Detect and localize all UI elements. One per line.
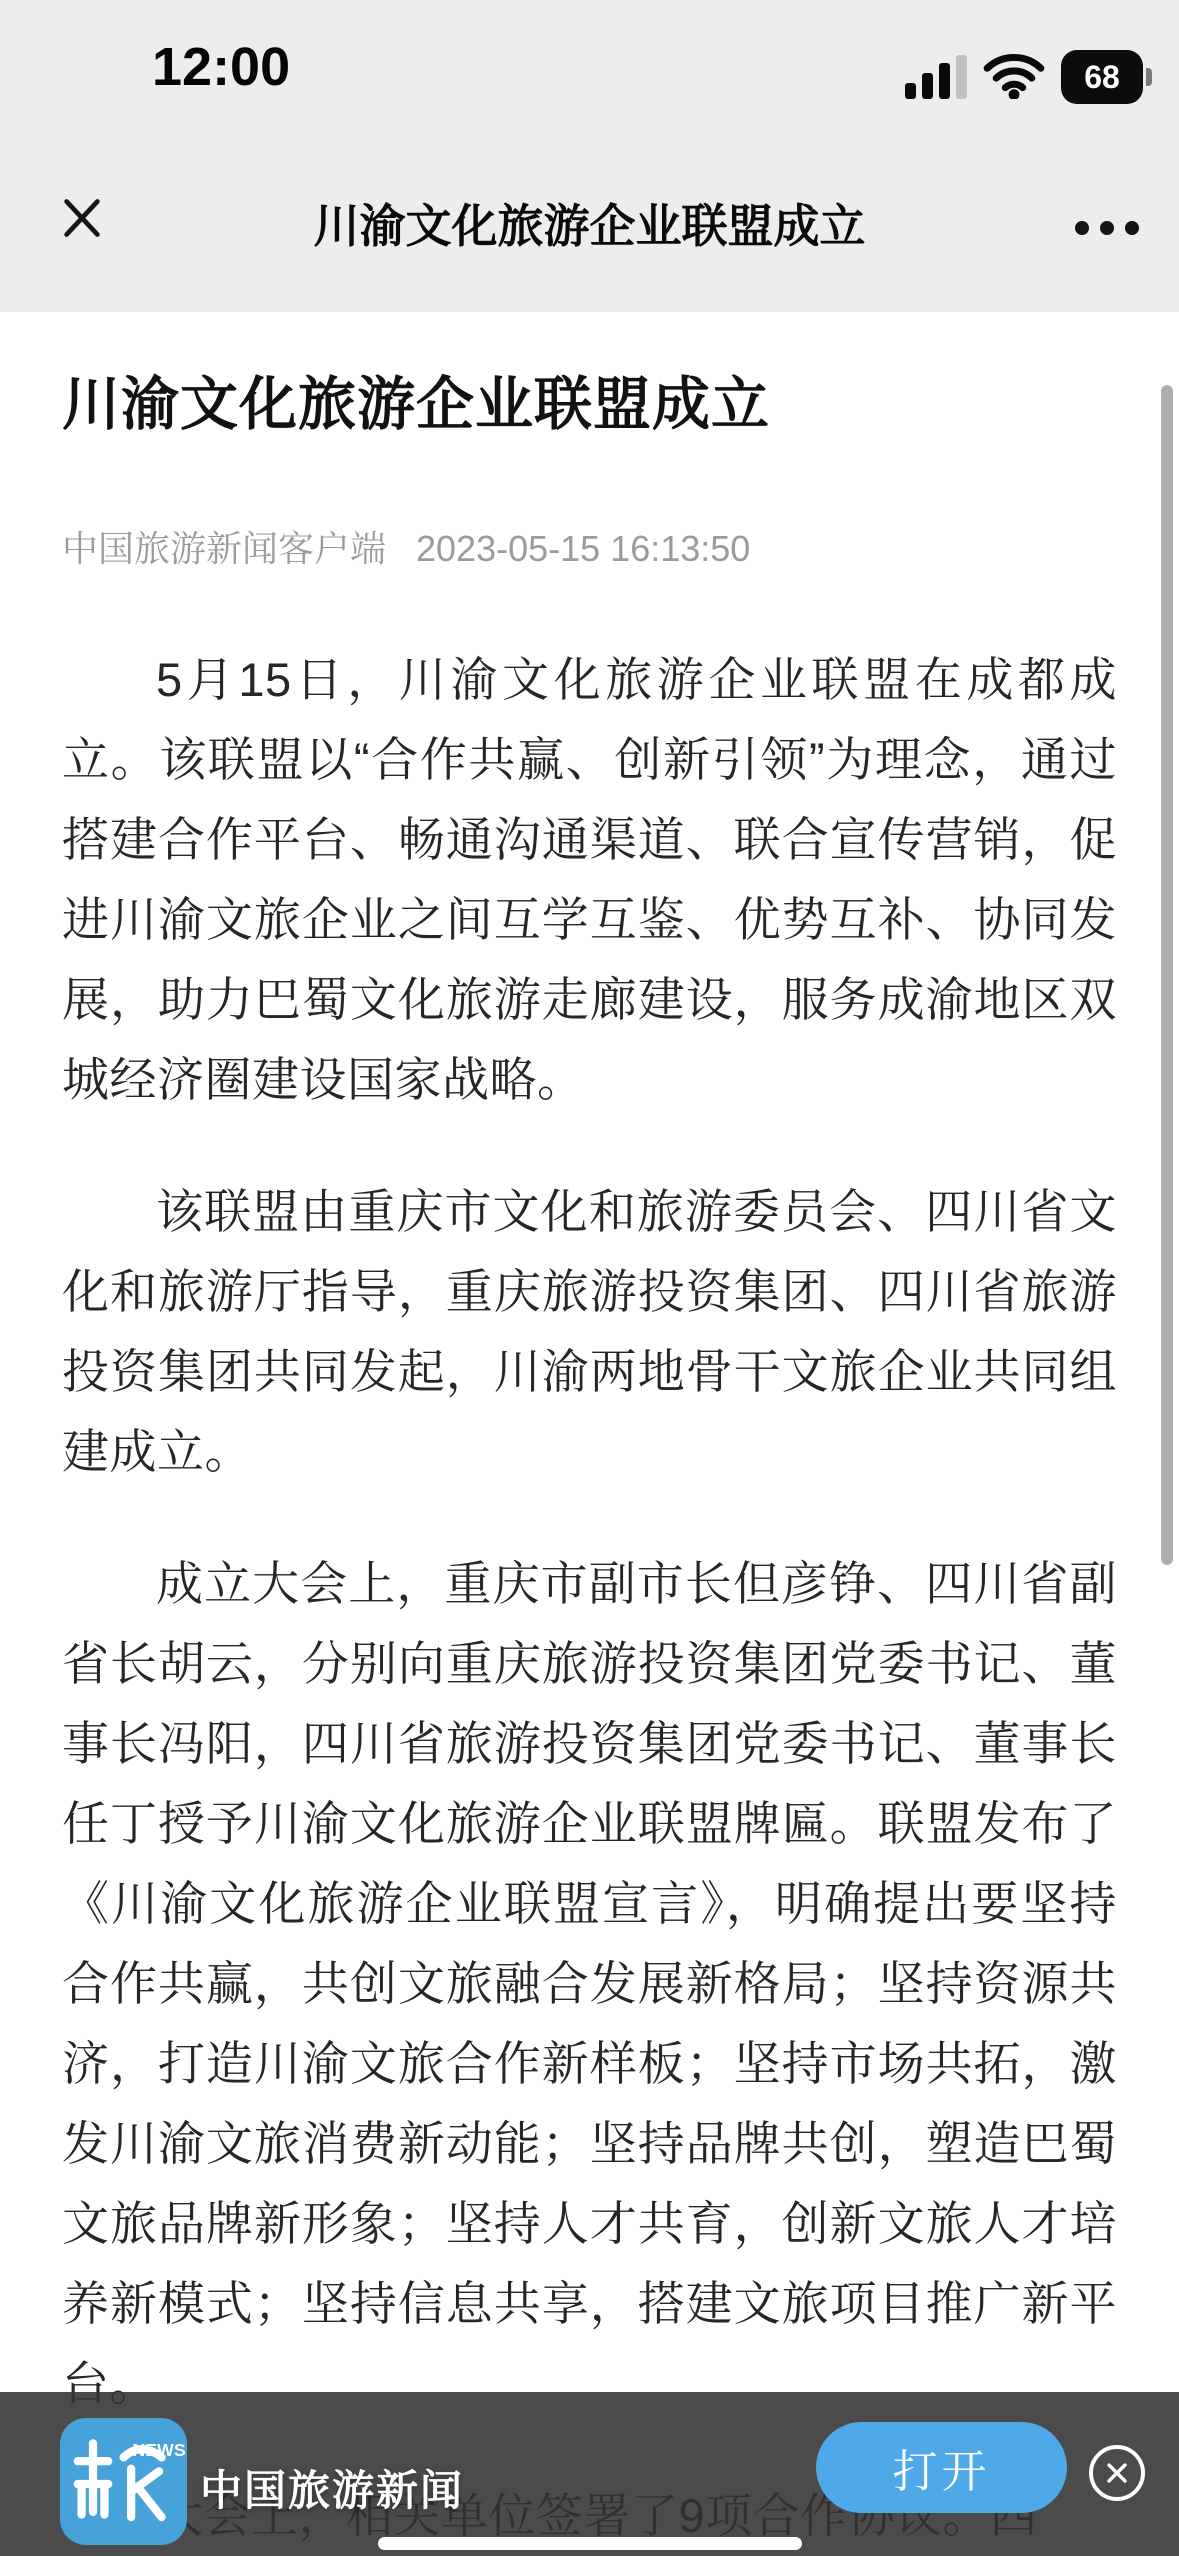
- page-title: 川渝文化旅游企业联盟成立: [62, 368, 1117, 442]
- nav-bar: 川渝文化旅游企业联盟成立: [0, 150, 1179, 312]
- home-indicator[interactable]: [378, 2537, 802, 2550]
- battery-percent-label: 68: [1084, 59, 1120, 96]
- nav-title: 川渝文化旅游企业联盟成立: [0, 190, 1179, 256]
- banner-close-icon[interactable]: [1089, 2445, 1145, 2501]
- article-meta: 中国旅游新闻客户端 2023-05-15 16:13:50: [62, 526, 1117, 572]
- cellular-signal-icon: [905, 55, 967, 99]
- paragraph: 5月15日，川渝文化旅游企业联盟在成都成立。该联盟以“合作共赢、创新引领”为理念…: [62, 640, 1117, 1120]
- app-download-banner: NEWS 中国旅游新闻 打开: [0, 2392, 1179, 2556]
- paragraph: 成立大会上，重庆市副市长但彦铮、四川省副省长胡云，分别向重庆旅游投资集团党委书记…: [62, 1544, 1117, 2424]
- open-app-button-label: 打开: [892, 2435, 990, 2500]
- status-bar: 12:00 68: [0, 0, 1179, 130]
- paragraph: 该联盟由重庆市文化和旅游委员会、四川省文化和旅游厅指导，重庆旅游投资集团、四川省…: [62, 1172, 1117, 1492]
- article-content: 川渝文化旅游企业联盟成立 中国旅游新闻客户端 2023-05-15 16:13:…: [0, 312, 1179, 2556]
- article-timestamp: 2023-05-15 16:13:50: [416, 526, 750, 572]
- status-icons: 68: [905, 50, 1143, 104]
- app-logo-icon: NEWS: [60, 2418, 187, 2545]
- article-body: 5月15日，川渝文化旅游企业联盟在成都成立。该联盟以“合作共赢、创新引领”为理念…: [62, 640, 1117, 2556]
- article-source: 中国旅游新闻客户端: [62, 526, 386, 572]
- more-menu-icon[interactable]: [1071, 202, 1143, 254]
- battery-icon: 68: [1061, 50, 1143, 104]
- open-app-button[interactable]: 打开: [816, 2422, 1067, 2513]
- wifi-icon: [983, 51, 1045, 104]
- top-chrome: 12:00 68 川渝文化旅游企业联盟成立: [0, 0, 1179, 312]
- app-name-label: 中国旅游新闻: [200, 2458, 464, 2518]
- scrollbar-thumb[interactable]: [1161, 385, 1173, 1565]
- status-time: 12:00: [152, 36, 290, 98]
